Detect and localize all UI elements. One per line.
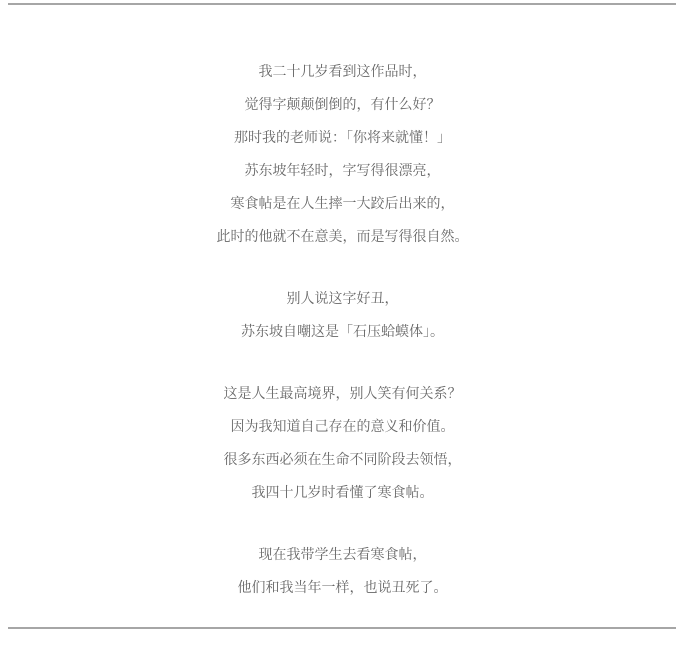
quote-line: 这是人生最高境界，别人笑有何关系？: [0, 377, 685, 410]
quote-line: 那时我的老师说：「你将来就懂！」: [0, 121, 685, 154]
quote-line: 苏东坡自嘲这是「石压蛤蟆体」。: [0, 315, 685, 348]
quote-line: 我二十几岁看到这作品时，: [0, 55, 685, 88]
quote-line: 苏东坡年轻时，字写得很漂亮，: [0, 154, 685, 187]
quote-line: 寒食帖是在人生摔一大跤后出来的，: [0, 187, 685, 220]
quote-line: 他们和我当年一样，也说丑死了。: [0, 571, 685, 604]
quote-line: 现在我带学生去看寒食帖，: [0, 538, 685, 571]
bottom-divider: [8, 627, 676, 629]
quote-line: 因为我知道自己存在的意义和价值。: [0, 410, 685, 443]
quote-line: 此时的他就不在意美，而是写得很自然。: [0, 220, 685, 253]
stanza-3: 这是人生最高境界，别人笑有何关系？ 因为我知道自己存在的意义和价值。 很多东西必…: [0, 377, 685, 509]
stanza-4: 现在我带学生去看寒食帖， 他们和我当年一样，也说丑死了。: [0, 538, 685, 604]
stanza-2: 别人说这字好丑， 苏东坡自嘲这是「石压蛤蟆体」。: [0, 282, 685, 348]
quote-page: 我二十几岁看到这作品时， 觉得字颠颠倒倒的，有什么好？ 那时我的老师说：「你将来…: [0, 0, 685, 655]
stanza-1: 我二十几岁看到这作品时， 觉得字颠颠倒倒的，有什么好？ 那时我的老师说：「你将来…: [0, 55, 685, 253]
quote-line: 觉得字颠颠倒倒的，有什么好？: [0, 88, 685, 121]
quote-line: 我四十几岁时看懂了寒食帖。: [0, 476, 685, 509]
top-divider: [8, 3, 676, 5]
quote-line: 很多东西必须在生命不同阶段去领悟，: [0, 443, 685, 476]
quote-line: 别人说这字好丑，: [0, 282, 685, 315]
quote-text: 我二十几岁看到这作品时， 觉得字颠颠倒倒的，有什么好？ 那时我的老师说：「你将来…: [0, 55, 685, 604]
